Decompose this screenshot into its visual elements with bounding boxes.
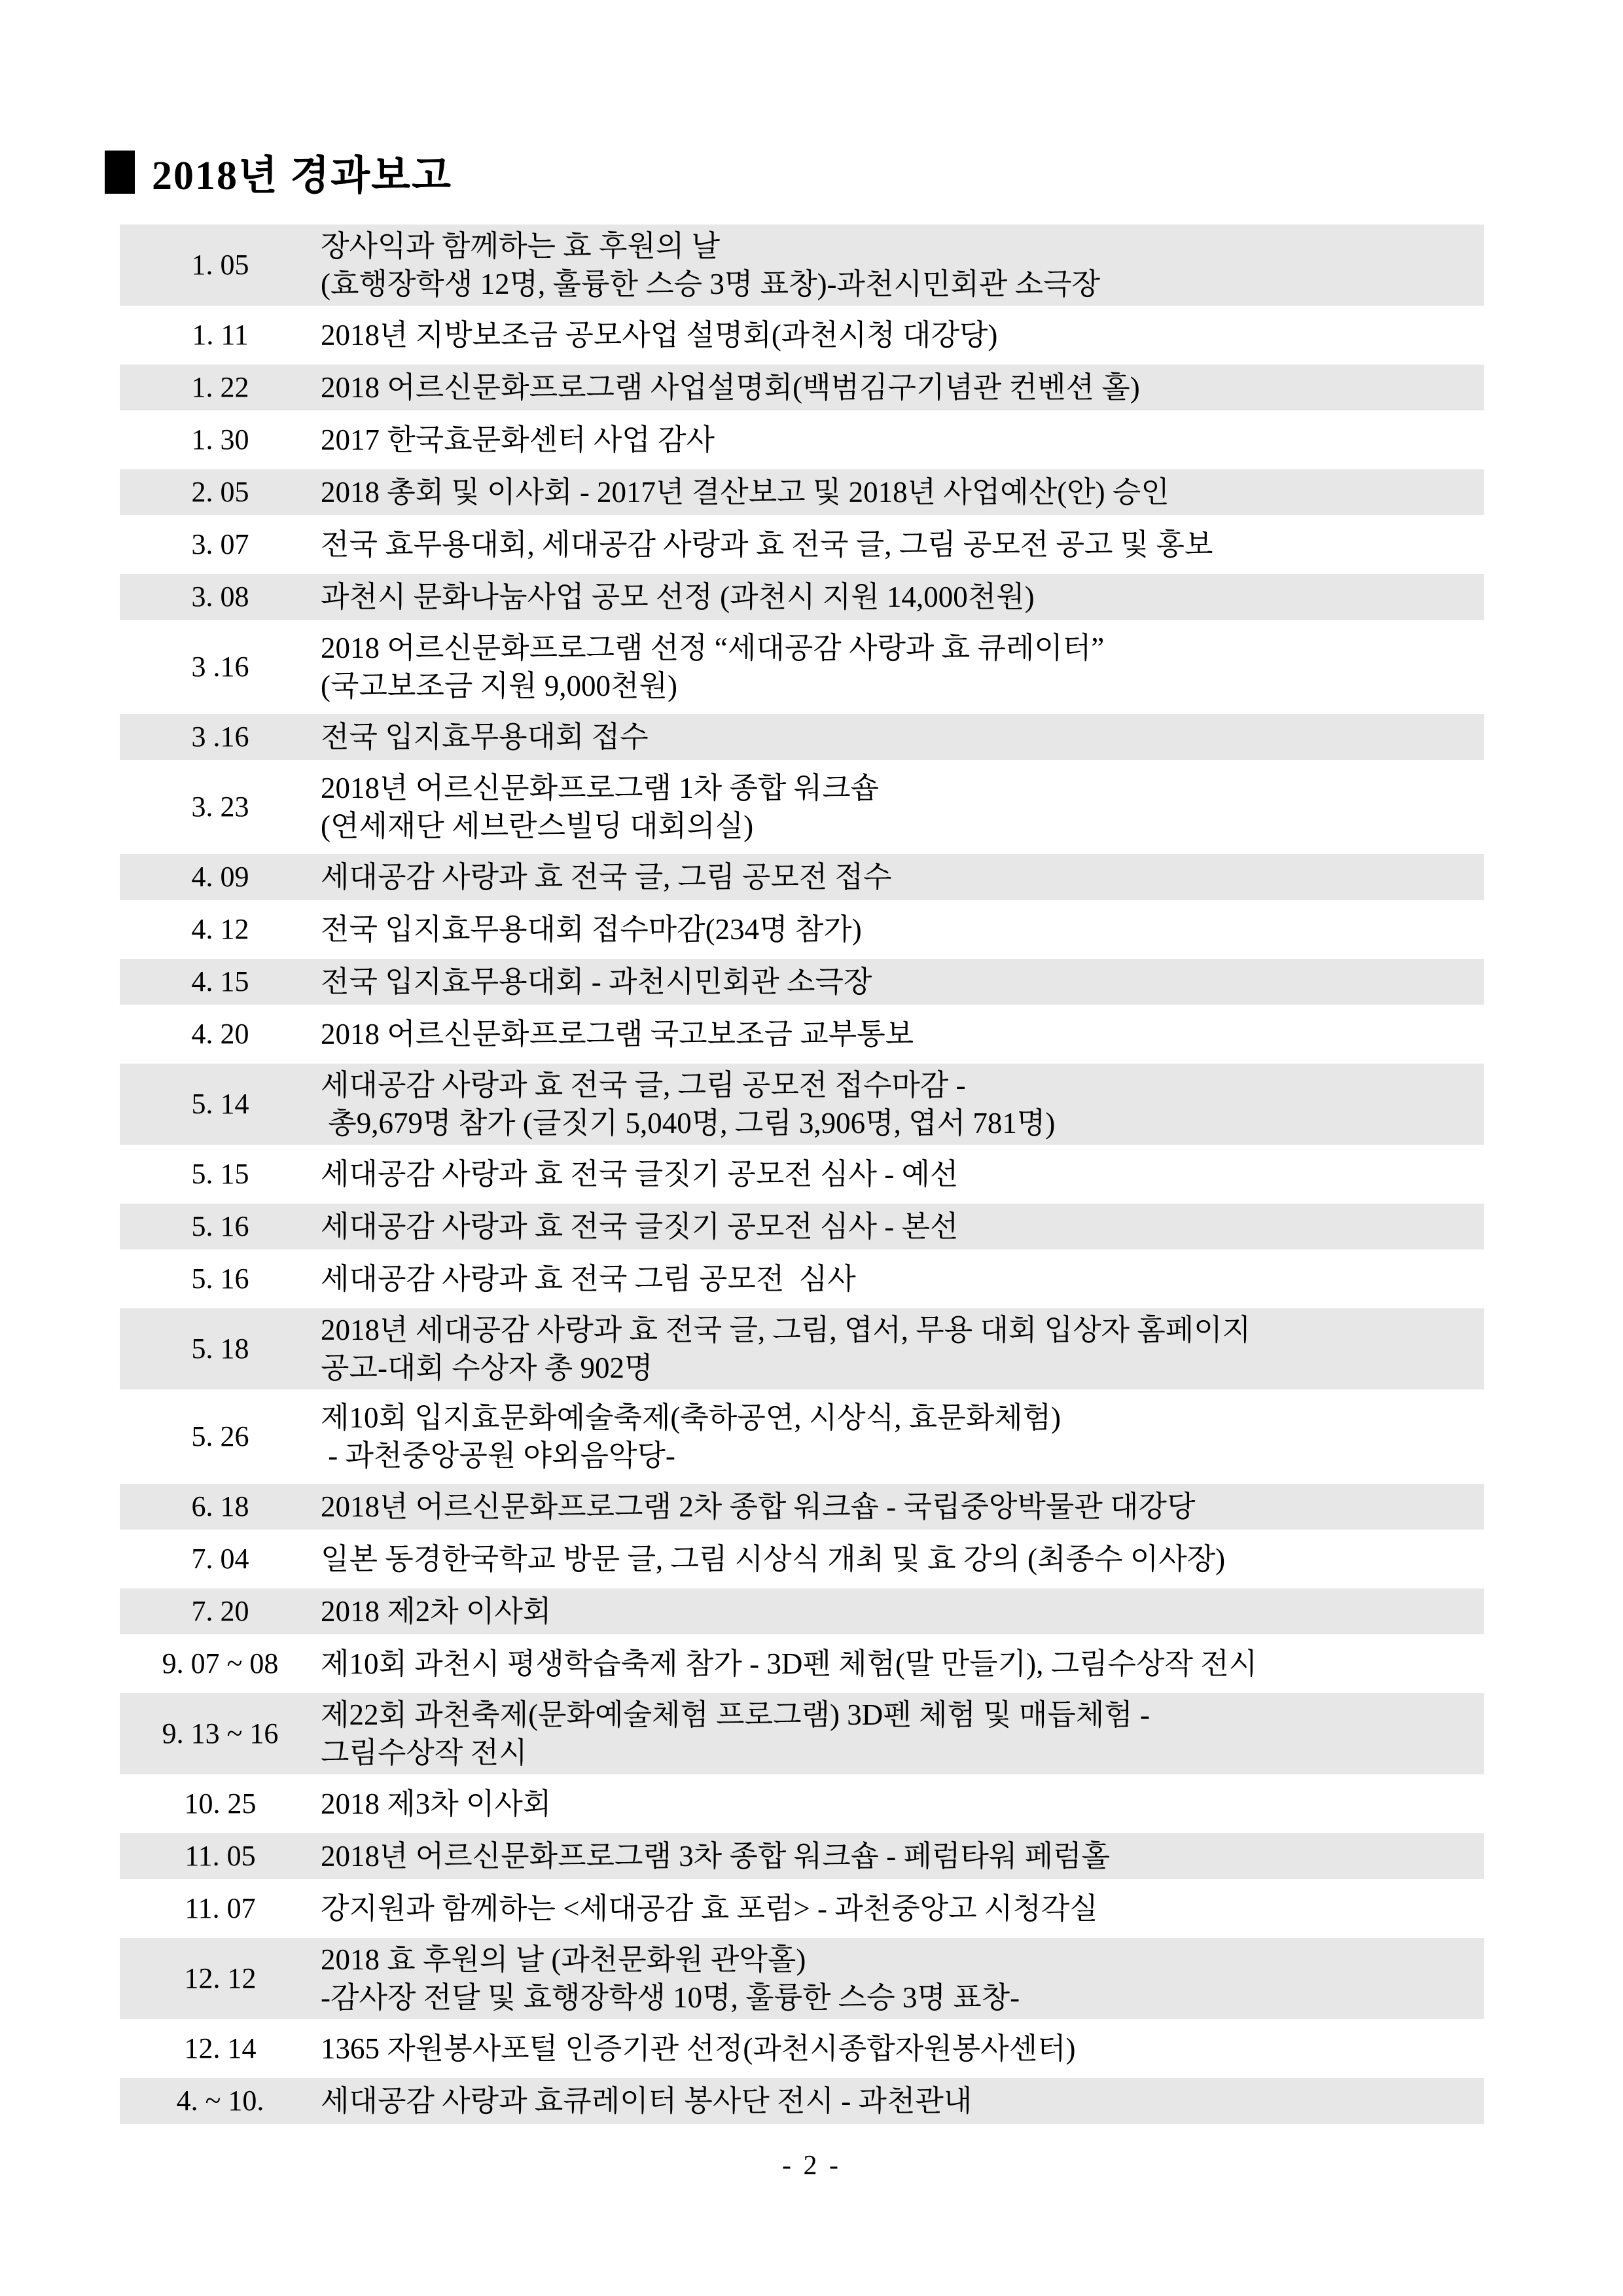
- date-cell: 3 .16: [120, 648, 321, 686]
- table-row: 7. 04 일본 동경한국학교 방문 글, 그림 시상식 개최 및 효 강의 (…: [120, 1536, 1484, 1582]
- event-cell: 2017 한국효문화센터 사업 감사: [321, 418, 1484, 461]
- event-cell: 일본 동경한국학교 방문 글, 그림 시상식 개최 및 효 강의 (최종수 이사…: [321, 1537, 1484, 1581]
- event-cell: 2018년 세대공감 사랑과 효 전국 글, 그림, 엽서, 무용 대회 입상자…: [321, 1308, 1484, 1390]
- event-line: 그림수상작 전시: [321, 1734, 1479, 1772]
- event-line: 공고-대회 수상자 총 902명: [321, 1349, 1479, 1387]
- filled-square-icon: [105, 151, 135, 194]
- date-cell: 5. 26: [120, 1418, 321, 1456]
- event-line: 2018 어르신문화프로그램 국고보조금 교부통보: [321, 1015, 1479, 1053]
- table-row: 6. 18 2018년 어르신문화프로그램 2차 종합 워크숍 - 국립중앙박물…: [120, 1484, 1484, 1530]
- date-cell: 11. 07: [120, 1890, 321, 1928]
- date-cell: 4. 09: [120, 858, 321, 896]
- event-line: 세대공감 사랑과 효 전국 글짓기 공모전 심사 - 본선: [321, 1208, 1479, 1246]
- event-line: 세대공감 사랑과 효큐레이터 봉사단 전시 - 과천관내: [321, 2082, 1479, 2120]
- date-cell: 1. 22: [120, 368, 321, 406]
- date-cell: 3. 07: [120, 526, 321, 564]
- table-row: 5. 15 세대공감 사랑과 효 전국 글짓기 공모전 심사 - 예선: [120, 1151, 1484, 1197]
- table-row: 3. 23 2018년 어르신문화프로그램 1차 종합 워크숍(연세재단 세브란…: [120, 766, 1484, 848]
- event-line: 장사익과 함께하는 효 후원의 날: [321, 227, 1479, 265]
- event-cell: 전국 입지효무용대회 접수: [321, 715, 1484, 759]
- table-row: 4. 09 세대공감 사랑과 효 전국 글, 그림 공모전 접수: [120, 854, 1484, 900]
- date-cell: 1. 30: [120, 421, 321, 459]
- progress-report-table: 1. 05 장사익과 함께하는 효 후원의 날(효행장학생 12명, 훌륭한 스…: [120, 224, 1484, 2130]
- event-line: 2018년 어르신문화프로그램 2차 종합 워크숍 - 국립중앙박물관 대강당: [321, 1488, 1479, 1526]
- event-cell: 세대공감 사랑과 효 전국 글짓기 공모전 심사 - 예선: [321, 1153, 1484, 1196]
- date-cell: 5. 16: [120, 1208, 321, 1246]
- event-line: (국고보조금 지원 9,000천원): [321, 667, 1479, 705]
- table-row: 11. 05 2018년 어르신문화프로그램 3차 종합 워크숍 - 페럼타워 …: [120, 1833, 1484, 1879]
- table-row: 3 .16 2018 어르신문화프로그램 선정 “세대공감 사랑과 효 큐레이터…: [120, 626, 1484, 708]
- event-line: 일본 동경한국학교 방문 글, 그림 시상식 개최 및 효 강의 (최종수 이사…: [321, 1540, 1479, 1578]
- event-cell: 제10회 과천시 평생학습축제 참가 - 3D펜 체험(말 만들기), 그림수상…: [321, 1642, 1484, 1685]
- table-row: 3. 07 전국 효무용대회, 세대공감 사랑과 효 전국 글, 그림 공모전 …: [120, 522, 1484, 567]
- event-line: (효행장학생 12명, 훌륭한 스승 3명 표창)-과천시민회관 소극장: [321, 265, 1479, 303]
- event-cell: 강지원과 함께하는 <세대공감 효 포럼> - 과천중앙고 시청각실: [321, 1887, 1484, 1930]
- table-row: 10. 25 2018 제3차 이사회: [120, 1781, 1484, 1827]
- table-row: 5. 16 세대공감 사랑과 효 전국 글짓기 공모전 심사 - 본선: [120, 1204, 1484, 1249]
- date-cell: 4. 12: [120, 910, 321, 948]
- date-cell: 3. 08: [120, 578, 321, 616]
- event-cell: 2018 어르신문화프로그램 국고보조금 교부통보: [321, 1013, 1484, 1056]
- date-cell: 1. 11: [120, 316, 321, 354]
- event-line: 2018 효 후원의 날 (과천문화원 관악홀): [321, 1941, 1479, 1979]
- date-cell: 2. 05: [120, 473, 321, 511]
- table-row: 11. 07 강지원과 함께하는 <세대공감 효 포럼> - 과천중앙고 시청각…: [120, 1886, 1484, 1931]
- table-row: 12. 14 1365 자원봉사포털 인증기관 선정(과천시종합자원봉사센터): [120, 2026, 1484, 2072]
- date-cell: 12. 14: [120, 2030, 321, 2068]
- date-cell: 5. 15: [120, 1155, 321, 1193]
- event-line: 2018 제2차 이사회: [321, 1592, 1479, 1630]
- event-cell: 2018 제2차 이사회: [321, 1590, 1484, 1633]
- event-cell: 전국 효무용대회, 세대공감 사랑과 효 전국 글, 그림 공모전 공고 및 홍…: [321, 523, 1484, 566]
- event-cell: 세대공감 사랑과 효큐레이터 봉사단 전시 - 과천관내: [321, 2079, 1484, 2123]
- event-line: -감사장 전달 및 효행장학생 10명, 훌륭한 스승 3명 표창-: [321, 1979, 1479, 2017]
- event-line: 세대공감 사랑과 효 전국 글, 그림 공모전 접수마감 -: [321, 1066, 1479, 1104]
- event-cell: 전국 입지효무용대회 접수마감(234명 참가): [321, 908, 1484, 951]
- event-cell: 세대공감 사랑과 효 전국 그림 공모전 심사: [321, 1257, 1484, 1300]
- table-row: 1. 22 2018 어르신문화프로그램 사업설명회(백범김구기념관 컨벤션 홀…: [120, 365, 1484, 410]
- event-line: - 과천중앙공원 야외음악당-: [321, 1437, 1479, 1475]
- date-cell: 3. 23: [120, 788, 321, 826]
- event-cell: 세대공감 사랑과 효 전국 글짓기 공모전 심사 - 본선: [321, 1205, 1484, 1248]
- event-cell: 세대공감 사랑과 효 전국 글, 그림 공모전 접수: [321, 855, 1484, 899]
- event-line: 세대공감 사랑과 효 전국 글, 그림 공모전 접수: [321, 858, 1479, 896]
- event-cell: 제10회 입지효문화예술축제(축하공연, 시상식, 효문화체험) - 과천중앙공…: [321, 1396, 1484, 1477]
- event-line: 전국 입지효무용대회 접수마감(234명 참가): [321, 910, 1479, 948]
- event-line: 전국 효무용대회, 세대공감 사랑과 효 전국 글, 그림 공모전 공고 및 홍…: [321, 526, 1479, 564]
- event-cell: 장사익과 함께하는 효 후원의 날(효행장학생 12명, 훌륭한 스승 3명 표…: [321, 224, 1484, 306]
- event-cell: 2018 효 후원의 날 (과천문화원 관악홀)-감사장 전달 및 효행장학생 …: [321, 1938, 1484, 2019]
- event-line: 2018년 어르신문화프로그램 1차 종합 워크숍: [321, 769, 1479, 807]
- date-cell: 3 .16: [120, 718, 321, 756]
- table-row: 5. 14 세대공감 사랑과 효 전국 글, 그림 공모전 접수마감 - 총9,…: [120, 1064, 1484, 1145]
- table-row: 12. 12 2018 효 후원의 날 (과천문화원 관악홀)-감사장 전달 및…: [120, 1938, 1484, 2019]
- date-cell: 6. 18: [120, 1488, 321, 1526]
- event-cell: 2018 어르신문화프로그램 선정 “세대공감 사랑과 효 큐레이터”(국고보조…: [321, 626, 1484, 708]
- event-cell: 1365 자원봉사포털 인증기관 선정(과천시종합자원봉사센터): [321, 2027, 1484, 2070]
- table-row: 9. 13 ~ 16 제22회 과천축제(문화예술체험 프로그램) 3D펜 체험…: [120, 1693, 1484, 1774]
- table-row: 4. 15 전국 입지효무용대회 - 과천시민회관 소극장: [120, 959, 1484, 1005]
- table-row: 1. 05 장사익과 함께하는 효 후원의 날(효행장학생 12명, 훌륭한 스…: [120, 224, 1484, 306]
- date-cell: 11. 05: [120, 1837, 321, 1875]
- event-line: 총9,679명 참가 (글짓기 5,040명, 그림 3,906명, 엽서 78…: [321, 1104, 1479, 1142]
- table-row: 1. 30 2017 한국효문화센터 사업 감사: [120, 417, 1484, 463]
- event-line: 2018 총회 및 이사회 - 2017년 결산보고 및 2018년 사업예산(…: [321, 473, 1479, 511]
- event-line: 2017 한국효문화센터 사업 감사: [321, 421, 1479, 459]
- table-row: 1. 11 2018년 지방보조금 공모사업 설명회(과천시청 대강당): [120, 312, 1484, 358]
- event-cell: 제22회 과천축제(문화예술체험 프로그램) 3D펜 체험 및 매듭체험 -그림…: [321, 1693, 1484, 1774]
- event-cell: 2018년 어르신문화프로그램 2차 종합 워크숍 - 국립중앙박물관 대강당: [321, 1485, 1484, 1528]
- table-row: 5. 26 제10회 입지효문화예술축제(축하공연, 시상식, 효문화체험) -…: [120, 1396, 1484, 1477]
- event-line: 2018 어르신문화프로그램 사업설명회(백범김구기념관 컨벤션 홀): [321, 368, 1479, 406]
- document-page: 2018년 경과보고 1. 05 장사익과 함께하는 효 후원의 날(효행장학생…: [0, 0, 1623, 2296]
- table-row: 4. ~ 10. 세대공감 사랑과 효큐레이터 봉사단 전시 - 과천관내: [120, 2078, 1484, 2124]
- date-cell: 1. 05: [120, 246, 321, 284]
- table-row: 3 .16 전국 입지효무용대회 접수: [120, 714, 1484, 760]
- table-row: 2. 05 2018 총회 및 이사회 - 2017년 결산보고 및 2018년…: [120, 469, 1484, 515]
- table-row: 9. 07 ~ 08 제10회 과천시 평생학습축제 참가 - 3D펜 체험(말…: [120, 1641, 1484, 1687]
- event-line: 2018 어르신문화프로그램 선정 “세대공감 사랑과 효 큐레이터”: [321, 629, 1479, 667]
- event-line: 제22회 과천축제(문화예술체험 프로그램) 3D펜 체험 및 매듭체험 -: [321, 1696, 1479, 1734]
- event-line: 제10회 과천시 평생학습축제 참가 - 3D펜 체험(말 만들기), 그림수상…: [321, 1645, 1479, 1683]
- event-line: 전국 입지효무용대회 - 과천시민회관 소극장: [321, 963, 1479, 1001]
- table-row: 4. 20 2018 어르신문화프로그램 국고보조금 교부통보: [120, 1011, 1484, 1057]
- page-title-text: 2018년 경과보고: [152, 143, 452, 201]
- date-cell: 9. 07 ~ 08: [120, 1645, 321, 1683]
- page-number: - 2 -: [0, 2150, 1623, 2181]
- table-row: 4. 12 전국 입지효무용대회 접수마감(234명 참가): [120, 906, 1484, 952]
- event-cell: 2018년 지방보조금 공모사업 설명회(과천시청 대강당): [321, 314, 1484, 357]
- event-line: 2018 제3차 이사회: [321, 1785, 1479, 1823]
- event-cell: 세대공감 사랑과 효 전국 글, 그림 공모전 접수마감 - 총9,679명 참…: [321, 1064, 1484, 1145]
- event-cell: 2018년 어르신문화프로그램 3차 종합 워크숍 - 페럼타워 페럼홀: [321, 1835, 1484, 1878]
- event-cell: 2018 제3차 이사회: [321, 1782, 1484, 1825]
- table-row: 3. 08 과천시 문화나눔사업 공모 선정 (과천시 지원 14,000천원): [120, 574, 1484, 620]
- table-row: 5. 16 세대공감 사랑과 효 전국 그림 공모전 심사: [120, 1256, 1484, 1302]
- event-line: 세대공감 사랑과 효 전국 그림 공모전 심사: [321, 1260, 1479, 1298]
- event-cell: 과천시 문화나눔사업 공모 선정 (과천시 지원 14,000천원): [321, 575, 1484, 619]
- date-cell: 10. 25: [120, 1785, 321, 1823]
- date-cell: 4. ~ 10.: [120, 2082, 321, 2120]
- page-title: 2018년 경과보고: [105, 143, 452, 201]
- event-line: 1365 자원봉사포털 인증기관 선정(과천시종합자원봉사센터): [321, 2030, 1479, 2068]
- date-cell: 5. 14: [120, 1085, 321, 1123]
- date-cell: 5. 18: [120, 1330, 321, 1368]
- date-cell: 5. 16: [120, 1260, 321, 1298]
- event-line: 2018년 어르신문화프로그램 3차 종합 워크숍 - 페럼타워 페럼홀: [321, 1837, 1479, 1875]
- event-cell: 전국 입지효무용대회 - 과천시민회관 소극장: [321, 960, 1484, 1003]
- event-line: 전국 입지효무용대회 접수: [321, 718, 1479, 756]
- date-cell: 4. 20: [120, 1015, 321, 1053]
- table-row: 7. 20 2018 제2차 이사회: [120, 1588, 1484, 1634]
- event-cell: 2018 총회 및 이사회 - 2017년 결산보고 및 2018년 사업예산(…: [321, 471, 1484, 514]
- date-cell: 12. 12: [120, 1960, 321, 1998]
- date-cell: 4. 15: [120, 963, 321, 1001]
- date-cell: 7. 20: [120, 1592, 321, 1630]
- event-line: 과천시 문화나눔사업 공모 선정 (과천시 지원 14,000천원): [321, 578, 1479, 616]
- event-line: 2018년 세대공감 사랑과 효 전국 글, 그림, 엽서, 무용 대회 입상자…: [321, 1311, 1479, 1349]
- table-row: 5. 18 2018년 세대공감 사랑과 효 전국 글, 그림, 엽서, 무용 …: [120, 1308, 1484, 1390]
- event-line: 2018년 지방보조금 공모사업 설명회(과천시청 대강당): [321, 316, 1479, 354]
- event-line: 제10회 입지효문화예술축제(축하공연, 시상식, 효문화체험): [321, 1399, 1479, 1437]
- event-cell: 2018년 어르신문화프로그램 1차 종합 워크숍(연세재단 세브란스빌딩 대회…: [321, 766, 1484, 848]
- date-cell: 7. 04: [120, 1540, 321, 1578]
- date-cell: 9. 13 ~ 16: [120, 1715, 321, 1753]
- event-line: 세대공감 사랑과 효 전국 글짓기 공모전 심사 - 예선: [321, 1155, 1479, 1193]
- event-cell: 2018 어르신문화프로그램 사업설명회(백범김구기념관 컨벤션 홀): [321, 366, 1484, 409]
- event-line: 강지원과 함께하는 <세대공감 효 포럼> - 과천중앙고 시청각실: [321, 1890, 1479, 1928]
- event-line: (연세재단 세브란스빌딩 대회의실): [321, 807, 1479, 845]
